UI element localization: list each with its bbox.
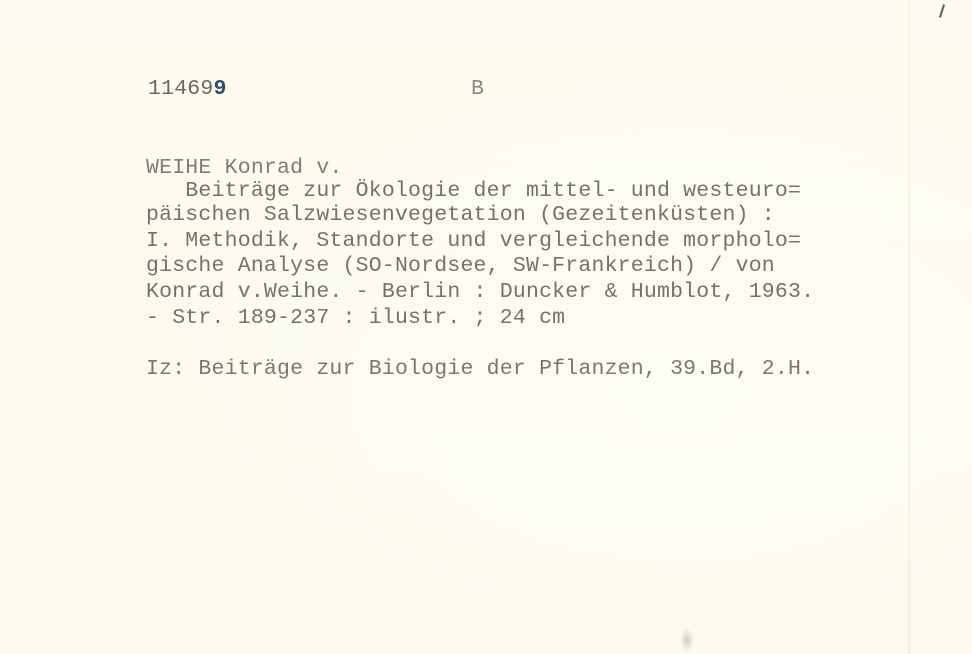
smudge-mark [680,628,694,652]
title-line-2: päischen Salzwiesenvegetation (Gezeitenk… [146,203,775,228]
call-number-handwritten-digit: 9 [214,77,227,101]
title-line-3: I. Methodik, Standorte und vergleichende… [146,229,801,254]
author-heading: WEIHE Konrad v. [146,156,343,181]
call-number: 114699 [148,77,227,102]
title-line-4: gische Analyse (SO-Nordsee, SW-Frankreic… [146,254,775,279]
physical-description-line: - Str. 189-237 : ilustr. ; 24 cm [146,306,565,331]
publication-line: Konrad v.Weihe. - Berlin : Duncker & Hum… [146,280,814,305]
catalog-card: 114699 B WEIHE Konrad v. Beiträge zur Ök… [0,0,972,654]
pencil-mark [939,4,945,18]
series-note: Iz: Beiträge zur Biologie der Pflanzen, … [146,357,814,382]
title-line-1: Beiträge zur Ökologie der mittel- und we… [146,179,801,204]
location-code: B [471,77,484,102]
card-crease [908,0,910,654]
call-number-typed: 11469 [148,77,214,101]
